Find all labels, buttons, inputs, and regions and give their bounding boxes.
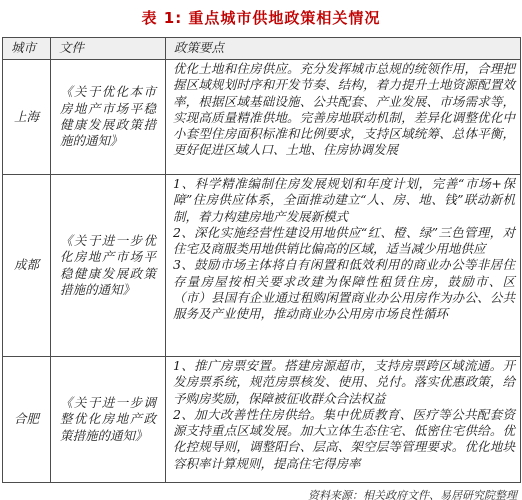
policy-point: 1、推广房票安置。搭建房源超市，支持房票跨区域流通。开发房票系统，规范房票核发、… bbox=[173, 358, 515, 407]
policy-cell: 1、推广房票安置。搭建房源超市，支持房票跨区域流通。开发房票系统，规范房票核发、… bbox=[166, 357, 521, 483]
policy-point: 2、加大改善性住房供给。集中优质教育、医疗等公共配套资源支持重点区域发展。加大立… bbox=[173, 407, 515, 472]
document-cell: 《关于优化本市房地产市场平稳健康发展政策措施的通知》 bbox=[51, 60, 166, 175]
policy-cell: 优化土地和住房供应。充分发挥城市总规的统领作用，合理把握区域规划时序和开发节奏、… bbox=[166, 60, 521, 175]
city-cell: 合肥 bbox=[3, 357, 51, 483]
table-title: 表 1: 重点城市供地政策相关情况 bbox=[2, 7, 520, 28]
policy-cell: 1、科学精准编制住房发展规划和年度计划，完善“市场+保障”住房供应体系，全面推动… bbox=[166, 175, 521, 357]
city-cell: 成都 bbox=[3, 175, 51, 357]
document-cell: 《关于进一步优化房地产市场平稳健康发展政策措施的通知》 bbox=[51, 175, 166, 357]
table-row-chengdu: 成都 《关于进一步优化房地产市场平稳健康发展政策措施的通知》 1、科学精准编制住… bbox=[3, 175, 521, 357]
source-note: 资料来源：相关政府文件、易居研究院整理 bbox=[2, 487, 520, 500]
policy-point: 3、鼓励市场主体将自有闲置和低效利用的商业办公等非居住存量房屋按相关要求改建为保… bbox=[173, 257, 515, 322]
table-row-hefei: 合肥 《关于进一步调整优化房地产政策措施的通知》 1、推广房票安置。搭建房源超市… bbox=[3, 357, 521, 483]
policy-point: 优化土地和住房供应。充分发挥城市总规的统领作用，合理把握区域规划时序和开发节奏、… bbox=[173, 61, 515, 159]
document-cell: 《关于进一步调整优化房地产政策措施的通知》 bbox=[51, 357, 166, 483]
policy-point: 1、科学精准编制住房发展规划和年度计划，完善“市场+保障”住房供应体系，全面推动… bbox=[173, 176, 515, 225]
policy-point: 2、深化实施经营性建设用地供应“红、橙、绿”三色管理，对住宅及商服类用地供销比偏… bbox=[173, 225, 515, 258]
city-cell: 上海 bbox=[3, 60, 51, 175]
header-document: 文件 bbox=[51, 38, 166, 60]
header-policy-points: 政策要点 bbox=[166, 38, 521, 60]
table-row-shanghai: 上海 《关于优化本市房地产市场平稳健康发展政策措施的通知》 优化土地和住房供应。… bbox=[3, 60, 521, 175]
report-page: 表 1: 重点城市供地政策相关情况 城市 文件 政策要点 上海 《关于优化本市房… bbox=[0, 0, 522, 500]
policy-table: 城市 文件 政策要点 上海 《关于优化本市房地产市场平稳健康发展政策措施的通知》… bbox=[2, 37, 521, 483]
table-header-row: 城市 文件 政策要点 bbox=[3, 38, 521, 60]
header-city: 城市 bbox=[3, 38, 51, 60]
